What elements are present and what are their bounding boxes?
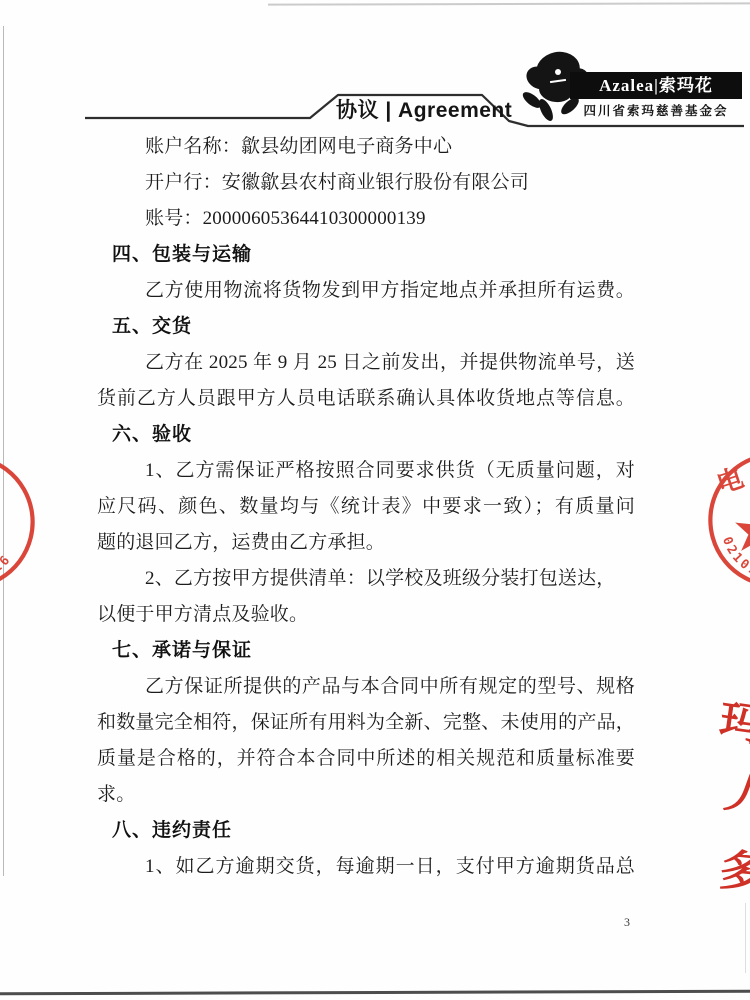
text-line: 以便于甲方清点及验收。 (97, 597, 635, 633)
text-line: 账号：20000605364410300000139 (97, 201, 635, 237)
red-seal-stamp-left: 电 子 ★ 20210116 (0, 432, 52, 611)
section-heading: 四、包装与运输 (97, 237, 635, 273)
text-line: 开户行：安徽歙县农村商业银行股份有限公司 (97, 165, 635, 201)
scan-edge-right (745, 903, 746, 973)
section-heading: 八、违约责任 (97, 813, 635, 849)
red-handwriting-marks: 玛 丿 多 (720, 688, 750, 900)
text-line: 乙方保证所提供的产品与本合同中所有规定的型号、规格 (97, 669, 635, 705)
text-line: 题的退回乙方，运费由乙方承担。 (97, 525, 635, 561)
logo-tagline: 四川省索玛慈善基金会 (568, 101, 744, 119)
text-line: 货前乙方人员跟甲方人员电话联系确认具体收货地点等信息。 (97, 381, 635, 417)
text-line: 应尺码、颜色、数量均与《统计表》中要求一致）；有质量问 (97, 489, 635, 525)
page-number: 3 (624, 915, 630, 930)
text-line: 乙方使用物流将货物发到甲方指定地点并承担所有运费。 (97, 273, 635, 309)
text-line: 1、如乙方逾期交货，每逾期一日，支付甲方逾期货品总 (97, 849, 635, 885)
section-heading: 五、交货 (97, 309, 635, 345)
section-heading: 七、承诺与保证 (97, 633, 635, 669)
banner-title: 协议 | Agreement (336, 94, 506, 118)
text-line: 2、乙方按甲方提供清单：以学校及班级分装打包送达， (97, 561, 635, 597)
text-line: 乙方在 2025 年 9 月 25 日之前发出，并提供物流单号，送 (97, 345, 635, 381)
document-page: 协议 | Agreement Azalea|索玛花 四川省索玛慈善基金会 账户名… (0, 0, 750, 1000)
text-line: 求。 (97, 777, 635, 813)
red-mark-glyph: 玛 (716, 685, 750, 755)
text-line: 账户名称：歙县幼团网电子商务中心 (97, 129, 635, 165)
logo-brand-bar: Azalea|索玛花 (570, 72, 742, 99)
text-line: 1、乙方需保证严格按照合同要求供货（无质量问题，对 (97, 453, 635, 489)
svg-text:子: 子 (0, 463, 2, 496)
section-heading: 六、验收 (97, 417, 635, 453)
red-seal-stamp-right: 电 子 ★ 02101160 (693, 433, 750, 608)
text-line: 质量是合格的，并符合本合同中所述的相关规范和质量标准要 (97, 741, 635, 777)
text-line: 和数量完全相符，保证所有用料为全新、完整、未使用的产品， (97, 705, 635, 741)
document-body: 账户名称：歙县幼团网电子商务中心开户行：安徽歙县农村商业银行股份有限公司账号：2… (97, 129, 635, 885)
scan-edge-bottom (0, 990, 750, 996)
red-mark-glyph: 多 (717, 834, 750, 903)
red-mark-glyph: 丿 (710, 753, 750, 832)
